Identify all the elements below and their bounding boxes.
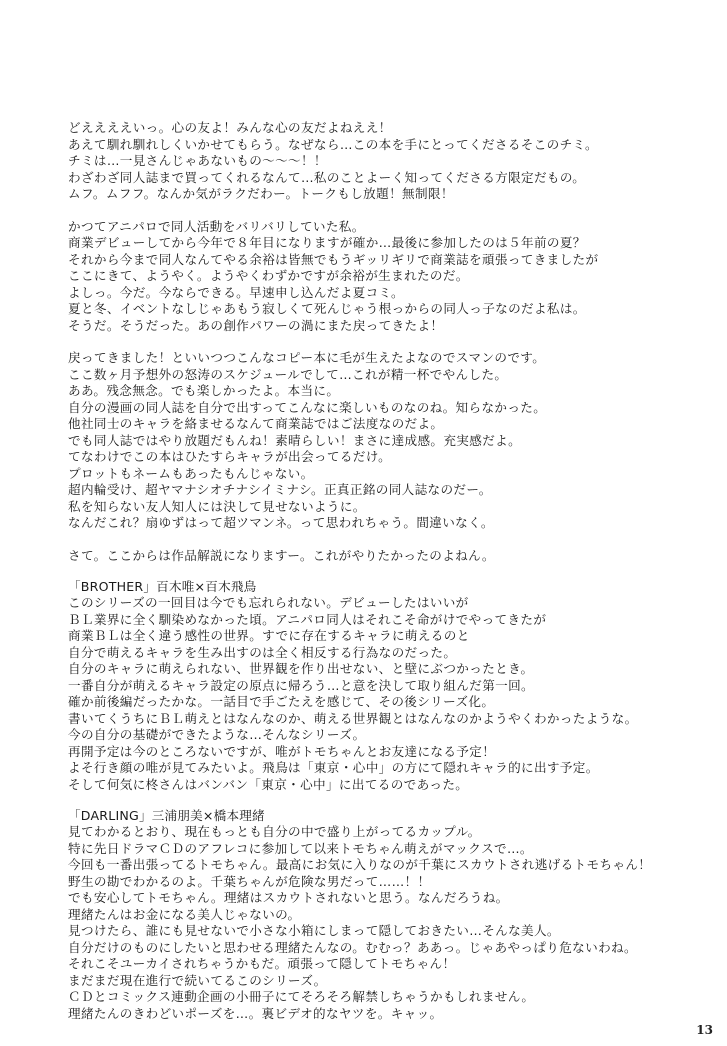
- paragraph-return: 戻ってきました！といいつつこんなコピー本に毛が生えたよなのでスマンのです。 ここ…: [68, 350, 708, 532]
- text-line: 今回も一番出張ってるトモちゃん。最高にお気に入りなのが千葉にスカウトされ逃げるト…: [68, 857, 708, 874]
- section-darling: 「DARLING」三浦朋美×橋本理緒 見てわかるとおり、現在もっとも自分の中で盛…: [68, 807, 708, 1022]
- text-line: そうだ。そうだった。あの創作パワーの渦にまた戻ってきたよ！: [68, 318, 708, 335]
- text-line: 自分の漫画の同人誌を自分で出すってこんなに楽しいものなのね。知らなかった。: [68, 400, 708, 417]
- text-line: それから今まで同人なんてやる余裕は皆無でもうギッリギリで商業誌を頑張ってきました…: [68, 252, 708, 269]
- text-line: 理緒たんのきわどいポーズを…。裏ビデオ的なヤツを。キャッ。: [68, 1006, 708, 1023]
- text-line: 夏と冬、イベントなしじゃあもう寂しくて死んじゃう根っからの同人っ子なのだよ私は。: [68, 301, 708, 318]
- text-line: ムフ。ムフフ。なんか気がラクだわー。トークもし放題！無制限！: [68, 186, 708, 203]
- text-line: てなわけでこの本はひたすらキャラが出会ってるだけ。: [68, 449, 708, 466]
- paragraph-history: かつてアニパロで同人活動をバリバリしていた私。 商業デビューしてから今年で８年目…: [68, 219, 708, 335]
- text-line: 理緒たんはお金になる美人じゃないの。: [68, 907, 708, 924]
- text-line: 見てわかるとおり、現在もっとも自分の中で盛り上がってるカップル。: [68, 824, 708, 841]
- text-line: 一番自分が萌えるキャラ設定の原点に帰ろう…と意を決して取り組んだ第一回。: [68, 678, 708, 695]
- page-number: 13: [696, 1023, 713, 1037]
- text-line: 確か前後編だったかな。一話目で手ごたえを感じて、その後シリーズ化。: [68, 694, 708, 711]
- text-line: 再開予定は今のところないですが、唯がトモちゃんとお友達になる予定！: [68, 744, 708, 761]
- section-heading: 「BROTHER」百木唯×百木飛鳥: [68, 578, 708, 595]
- text-line: まだまだ現在進行で続いてるこのシリーズ。: [68, 973, 708, 990]
- text-line: ああ。残念無念。でも楽しかったよ。本当に。: [68, 383, 708, 400]
- text-line: チミは…一見さんじゃあないもの〜〜〜！！: [68, 153, 708, 170]
- text-line: 書いてくうちにＢＬ萌えとはなんなのか、萌える世界観とはなんなのかようやくわかった…: [68, 711, 708, 728]
- section-heading: 「DARLING」三浦朋美×橋本理緒: [68, 807, 708, 824]
- text-line: ここ数ヶ月予想外の怒涛のスケジュールでして…これが精一杯でやんした。: [68, 367, 708, 384]
- paragraph-gap: [68, 203, 708, 219]
- text-line: 戻ってきました！といいつつこんなコピー本に毛が生えたよなのでスマンのです。: [68, 350, 708, 367]
- text-line: あえて馴れ馴れしくいかせてもらう。なぜなら…この本を手にとってくださるそこのチミ…: [68, 137, 708, 154]
- text-line: 他社同士のキャラを絡ませるなんて商業誌ではご法度なのだよ。: [68, 416, 708, 433]
- paragraph-gap: [68, 532, 708, 548]
- section-brother: 「BROTHER」百木唯×百木飛鳥 このシリーズの一回目は今でも忘れられない。デ…: [68, 578, 708, 793]
- text-line: 超内輪受け、超ヤマナシオチナシイミナシ。正真正銘の同人誌なのだー。: [68, 482, 708, 499]
- text-line: それこそユーカイされちゃうかもだ。頑張って隠してトモちゃん！: [68, 956, 708, 973]
- text-line: 自分だけのものにしたいと思わせる理緒たんなの。むむっ？ああっ。じゃあやっぱり危な…: [68, 940, 708, 957]
- text-line: 商業デビューしてから今年で８年目になりますが確か…最後に参加したのは５年前の夏？: [68, 235, 708, 252]
- document-page: どええええいっ。心の友よ！みんな心の友だよねええ！ あえて馴れ馴れしくいかせても…: [0, 0, 727, 1046]
- text-line: なんだこれ？扇ゆずはって超ツマンネ。って思われちゃう。間違いなく。: [68, 515, 708, 532]
- text-line: でも安心してトモちゃん。理緒はスカウトされないと思う。なんだろうね。: [68, 890, 708, 907]
- text-line: ＢＬ業界に全く馴染めなかった頃。アニパロ同人はそれこそ命がけでやってきたが: [68, 612, 708, 629]
- body-text: どええええいっ。心の友よ！みんな心の友だよねええ！ あえて馴れ馴れしくいかせても…: [68, 120, 708, 1022]
- text-line: どええええいっ。心の友よ！みんな心の友だよねええ！: [68, 120, 708, 137]
- text-line: 自分のキャラに萌えられない、世界観を作り出せない、と壁にぶつかったとき。: [68, 661, 708, 678]
- text-line: ＣＤとコミックス連動企画の小冊子にてそろそろ解禁しちゃうかもしれません。: [68, 989, 708, 1006]
- text-line: よそ行き顔の唯が見てみたいよ。飛鳥は「東京・心中」の方にて隠れキャラ的に出す予定…: [68, 760, 708, 777]
- text-line: よしっ。今だ。今ならできる。早速申し込んだよ夏コミ。: [68, 285, 708, 302]
- text-line: さて。ここからは作品解説になりますー。これがやりたかったのよねん。: [68, 548, 708, 565]
- paragraph-gap: [68, 334, 708, 350]
- text-line: 私を知らない友人知人には決して見せないように。: [68, 499, 708, 516]
- text-line: でも同人誌ではやり放題だもんね！素晴らしい！まさに達成感。充実感だよ。: [68, 433, 708, 450]
- text-line: そして何気に柊さんはバンバン「東京・心中」に出てるのであった。: [68, 777, 708, 794]
- text-line: 商業ＢＬは全く違う感性の世界。すでに存在するキャラに萌えるのと: [68, 628, 708, 645]
- text-line: 今の自分の基礎ができたような…そんなシリーズ。: [68, 727, 708, 744]
- text-line: わざわざ同人誌まで買ってくれるなんて…私のことよーく知ってくださる方限定だもの。: [68, 170, 708, 187]
- text-line: 特に先日ドラマＣＤのアフレコに参加して以来トモちゃん萌えがマックスで…。: [68, 841, 708, 858]
- text-line: 自分で萌えるキャラを生み出すのは全く相反する行為なのだった。: [68, 645, 708, 662]
- text-line: このシリーズの一回目は今でも忘れられない。デビューしたはいいが: [68, 595, 708, 612]
- paragraph-gap: [68, 564, 708, 578]
- paragraph-gap: [68, 793, 708, 807]
- paragraph-intro-commentary: さて。ここからは作品解説になりますー。これがやりたかったのよねん。: [68, 548, 708, 565]
- text-line: 野生の勘でわかるのよ。千葉ちゃんが危険な男だって……！！: [68, 874, 708, 891]
- text-line: プロットもネームもあったもんじゃない。: [68, 466, 708, 483]
- paragraph-greeting: どええええいっ。心の友よ！みんな心の友だよねええ！ あえて馴れ馴れしくいかせても…: [68, 120, 708, 203]
- text-line: 見つけたら、誰にも見せないで小さな小箱にしまって隠しておきたい…そんな美人。: [68, 923, 708, 940]
- text-line: ここにきて、ようやく。ようやくわずかですが余裕が生まれたのだ。: [68, 268, 708, 285]
- text-line: かつてアニパロで同人活動をバリバリしていた私。: [68, 219, 708, 236]
